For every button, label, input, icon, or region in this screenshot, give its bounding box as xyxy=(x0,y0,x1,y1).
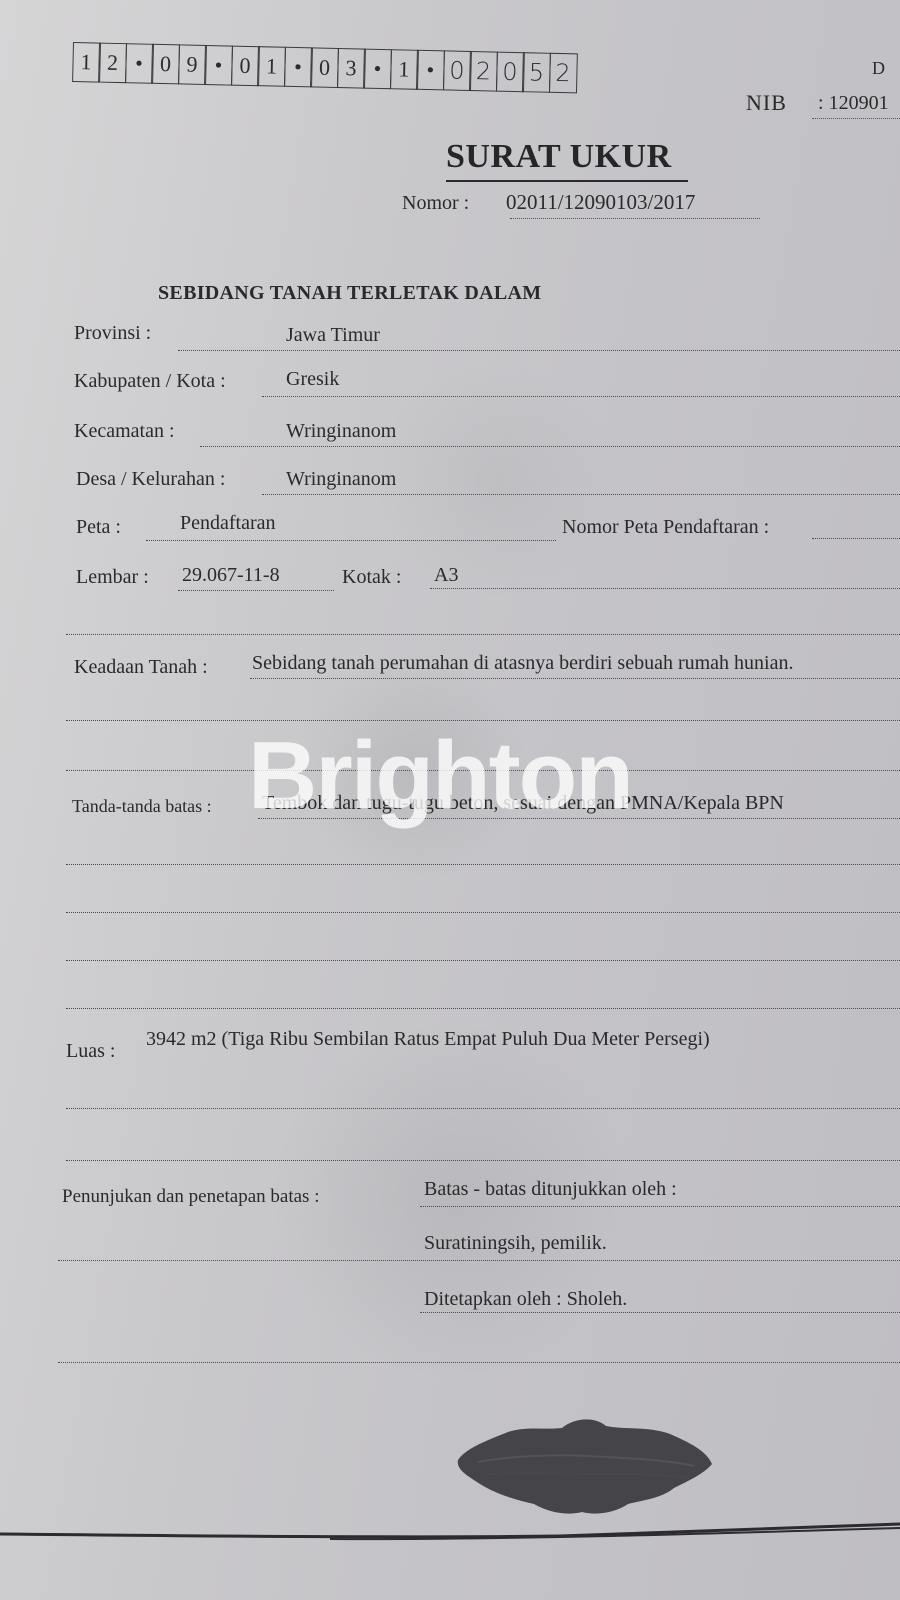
nomor-value: 02011/12090103/2017 xyxy=(506,190,695,215)
nib-digit-box: 5 xyxy=(522,52,551,93)
dotted-line xyxy=(262,494,900,495)
dotted-line xyxy=(262,396,900,397)
nib-digit-box: 0 xyxy=(442,50,471,91)
ditetapkan-text: Ditetapkan oleh : Sholeh. xyxy=(424,1288,627,1311)
document-page: 12•09•01•03•1•02052 D NIB : 120901 SURAT… xyxy=(0,0,900,1600)
corner-letter: D xyxy=(872,58,885,79)
peta-label: Peta : xyxy=(76,516,121,539)
nib-digit-box: 0 xyxy=(231,46,260,87)
nib-digit-box: 1 xyxy=(257,46,286,87)
document-title: SURAT UKUR xyxy=(446,138,672,176)
nib-digit-box: 2 xyxy=(548,53,577,94)
nib-separator-box: • xyxy=(363,49,392,90)
nib-digit-box: 1 xyxy=(72,42,101,83)
dotted-line xyxy=(66,720,900,721)
dotted-line xyxy=(812,118,900,119)
nib-separator-box: • xyxy=(416,50,445,91)
dotted-line xyxy=(66,912,900,913)
dotted-line xyxy=(66,960,900,961)
nib-digit-box: 0 xyxy=(310,47,339,88)
nib-digit-box: 0 xyxy=(151,44,180,85)
nib-separator-box: • xyxy=(125,43,154,84)
dotted-line xyxy=(510,218,760,219)
peta-value: Pendaftaran xyxy=(180,512,276,535)
watermark: Brighton xyxy=(248,728,632,824)
luas-label: Luas : xyxy=(66,1040,115,1063)
nib-label: NIB xyxy=(746,90,787,116)
dotted-line xyxy=(430,588,900,589)
nib-separator-box: • xyxy=(284,47,313,88)
nib-digit-box: 3 xyxy=(337,48,366,89)
nib-separator-box: • xyxy=(204,45,233,86)
dotted-line xyxy=(420,1206,900,1207)
dotted-line xyxy=(66,634,900,635)
nomor-label: Nomor : xyxy=(402,192,469,215)
dotted-line xyxy=(178,590,334,591)
nib-digit-box: 1 xyxy=(390,49,419,90)
keadaan-label: Keadaan Tanah : xyxy=(74,656,208,679)
dotted-line xyxy=(146,540,556,541)
provinsi-label: Provinsi : xyxy=(74,322,151,345)
dotted-line xyxy=(58,1362,900,1363)
tanda-batas-label: Tanda-tanda batas : xyxy=(72,796,212,817)
keadaan-value: Sebidang tanah perumahan di atasnya berd… xyxy=(252,652,794,675)
nib-digit-box: 0 xyxy=(495,52,524,93)
kabupaten-value: Gresik xyxy=(286,368,339,391)
kecamatan-label: Kecamatan : xyxy=(74,420,175,443)
nib-number: 120901 xyxy=(829,92,889,114)
title-underline xyxy=(446,180,688,182)
nib-digit-box: 2 xyxy=(98,43,127,84)
seal-stamp-icon xyxy=(448,1408,718,1518)
provinsi-value: Jawa Timur xyxy=(286,324,380,347)
luas-value: 3942 m2 (Tiga Ribu Sembilan Ratus Empat … xyxy=(146,1028,710,1051)
lembar-value: 29.067-11-8 xyxy=(182,564,280,587)
dotted-line xyxy=(250,678,900,679)
dotted-line xyxy=(66,864,900,865)
nib-digit-box: 9 xyxy=(178,44,207,85)
dotted-line xyxy=(178,350,900,351)
desa-value: Wringinanom xyxy=(286,468,396,491)
dotted-line xyxy=(812,538,900,539)
dotted-line xyxy=(66,1108,900,1109)
nib-number-boxes: 12•09•01•03•1•02052 xyxy=(73,42,577,93)
desa-label: Desa / Kelurahan : xyxy=(76,468,225,491)
lembar-label: Lembar : xyxy=(76,566,149,589)
section-heading: SEBIDANG TANAH TERLETAK DALAM xyxy=(158,282,541,305)
kabupaten-label: Kabupaten / Kota : xyxy=(74,370,226,393)
nomor-peta-label: Nomor Peta Pendaftaran : xyxy=(562,516,769,539)
nib-value: : 120901 xyxy=(818,92,889,115)
ditunjukkan-label: Batas - batas ditunjukkan oleh : xyxy=(424,1178,677,1201)
ditunjukkan-value: Suratiningsih, pemilik. xyxy=(424,1232,607,1255)
nib-separator: : xyxy=(818,92,824,114)
dotted-line xyxy=(66,1008,900,1009)
kecamatan-value: Wringinanom xyxy=(286,420,396,443)
dotted-line xyxy=(420,1312,900,1313)
dotted-line xyxy=(200,446,900,447)
penunjukan-label: Penunjukan dan penetapan batas : xyxy=(62,1186,319,1208)
dotted-line xyxy=(66,1160,900,1161)
dotted-line xyxy=(58,1260,900,1261)
bottom-border-line xyxy=(0,1520,900,1550)
kotak-label: Kotak : xyxy=(342,566,401,589)
kotak-value: A3 xyxy=(434,564,458,587)
nib-digit-box: 2 xyxy=(469,51,498,92)
